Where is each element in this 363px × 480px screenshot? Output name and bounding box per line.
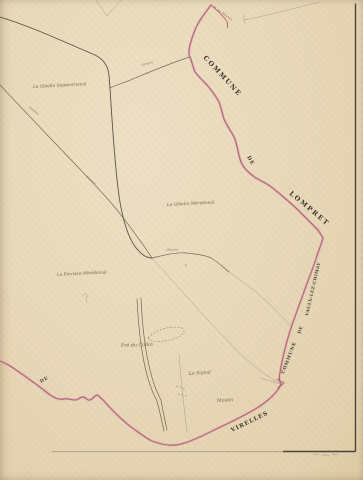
line-topright (243, 2, 319, 23)
commune-right-word-de: DE (296, 325, 304, 334)
corner-stamp-marks (313, 454, 338, 455)
lieu-dit-gibelin-meridional: Le Gibelin Méridional (166, 200, 215, 208)
parcel-number-dot (185, 264, 187, 266)
lieu-dit-ferriere-meridional: La Ferrière Méridional (56, 270, 108, 278)
lieu-dit-pre-collin: Pré du Collin (120, 341, 153, 349)
tree-symbol (83, 294, 88, 303)
lane-west-2 (141, 298, 167, 430)
parcel-diagonal-south (152, 258, 280, 383)
dashed-marks-south (176, 386, 187, 396)
commune-top-word-commune: COMMUNE (202, 54, 244, 98)
map-sheet: COMMUNE DE LOMPRET COMMUNE DE VAULX-LEZ-… (0, 0, 363, 480)
road-label-1: Sentier (28, 106, 40, 117)
lieu-dit-gibelin-septentrional: Le Gibelin Septentrional (32, 82, 87, 90)
stream-label: R. de Nismes (212, 5, 234, 22)
commune-top-word-de: DE (245, 155, 255, 167)
commune-bottom-word-virelles: VIRELLES (229, 411, 269, 435)
line-topleft-2 (107, 0, 121, 16)
road-middle-east (152, 253, 229, 272)
road-label-2: Sentier (85, 175, 97, 186)
lane-west-1 (137, 299, 164, 431)
lieu-dit-moulin: Moulin (216, 397, 234, 404)
parcel-line-signal (179, 355, 187, 432)
road-label-4: Chemin (166, 248, 179, 252)
lieu-dit-le-signal: Le Signal (188, 369, 212, 377)
dashed-parcel-wood (148, 327, 184, 342)
road-diagonal-long (0, 85, 152, 258)
road-label-3: Sentier (141, 60, 154, 67)
road-curve-main (0, 17, 152, 258)
road-middle-east-ext (229, 272, 292, 327)
commune-bottom-word-de: DE (39, 375, 50, 385)
line-topleft-1 (96, 0, 107, 16)
map-canvas: COMMUNE DE LOMPRET COMMUNE DE VAULX-LEZ-… (0, 0, 363, 480)
